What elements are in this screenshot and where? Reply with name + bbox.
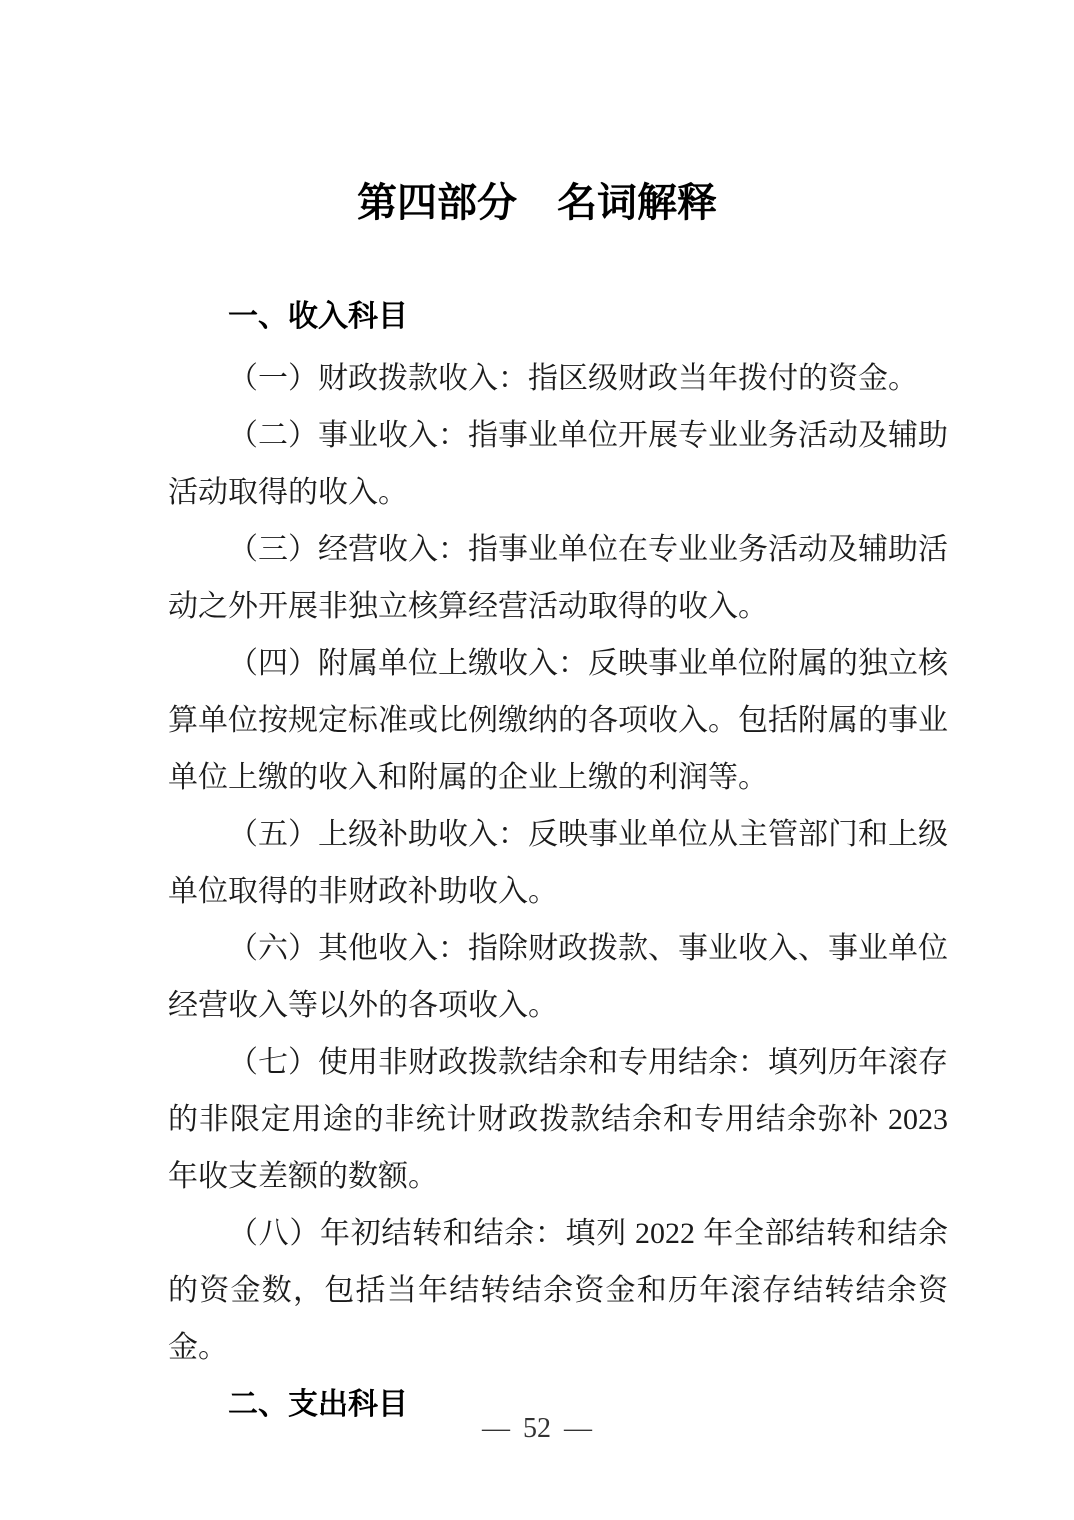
paragraph-income-4: （四）附属单位上缴收入：反映事业单位附属的独立核算单位按规定标准或比例缴纳的各项… — [168, 635, 948, 806]
page-footer: — 52 — — [0, 1412, 1074, 1446]
paragraph-income-5: （五）上级补助收入：反映事业单位从主管部门和上级单位取得的非财政补助收入。 — [168, 806, 948, 920]
page-number: — 52 — — [482, 1413, 592, 1444]
paragraph-income-3: （三）经营收入：指事业单位在专业业务活动及辅助活动之外开展非独立核算经营活动取得… — [168, 521, 948, 635]
paragraph-income-2: （二）事业收入：指事业单位开展专业业务活动及辅助活动取得的收入。 — [168, 407, 948, 521]
paragraph-income-8: （八）年初结转和结余：填列 2022 年全部结转和结余的资金数，包括当年结转结余… — [168, 1205, 948, 1376]
document-body: 一、收入科目 （一）财政拨款收入：指区级财政当年拨付的资金。 （二）事业收入：指… — [168, 288, 948, 1433]
section-heading-income: 一、收入科目 — [168, 288, 948, 345]
document-title: 第四部分 名词解释 — [0, 0, 1074, 228]
document-page: 第四部分 名词解释 一、收入科目 （一）财政拨款收入：指区级财政当年拨付的资金。… — [0, 0, 1074, 1520]
paragraph-income-6: （六）其他收入：指除财政拨款、事业收入、事业单位经营收入等以外的各项收入。 — [168, 920, 948, 1034]
paragraph-income-7: （七）使用非财政拨款结余和专用结余：填列历年滚存的非限定用途的非统计财政拨款结余… — [168, 1034, 948, 1205]
paragraph-income-1: （一）财政拨款收入：指区级财政当年拨付的资金。 — [168, 350, 948, 407]
